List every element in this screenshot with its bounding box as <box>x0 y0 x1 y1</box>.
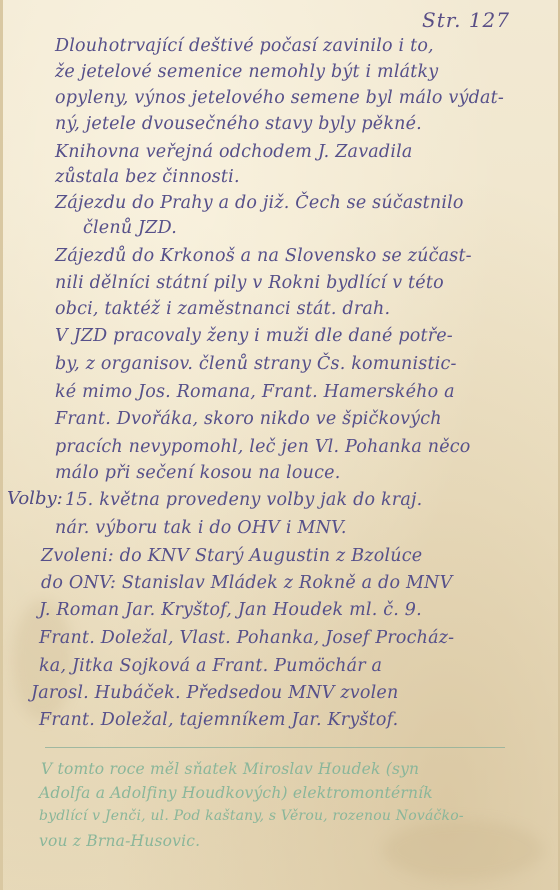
paper-stain <box>383 820 543 880</box>
addendum-line: vou z Brna-Husovic. <box>39 832 200 850</box>
elections-line: J. Roman Jar. Kryštof, Jan Houdek ml. č.… <box>39 600 422 620</box>
body-line: opyleny, výnos jetelového semene byl mál… <box>55 88 504 108</box>
section-divider <box>45 747 505 748</box>
body-line: ké mimo Jos. Romana, Frant. Hamerského a <box>55 382 455 402</box>
elections-line: Zvoleni: do KNV Starý Augustin z Bzolúce <box>41 546 422 566</box>
body-line: Zájezdů do Krkonoš a na Slovensko se zúč… <box>55 246 472 266</box>
addendum-line: Adolfa a Adolfiny Houdkových) elektromon… <box>39 784 433 802</box>
addendum-line: V tomto roce měl sňatek Miroslav Houdek … <box>41 760 419 778</box>
body-line: málo při sečení kosou na louce. <box>55 463 340 483</box>
body-line: Knihovna veřejná odchodem J. Zavadila <box>55 142 413 162</box>
elections-line: Frant. Doležal, tajemníkem Jar. Kryštof. <box>39 710 398 730</box>
page-number: Str. 127 <box>422 8 510 32</box>
elections-line: Frant. Doležal, Vlast. Pohanka, Josef Pr… <box>39 628 454 648</box>
elections-line: do ONV: Stanislav Mládek z Rokně a do MN… <box>41 573 452 593</box>
body-line: nili dělníci státní pily v Rokni bydlící… <box>55 273 444 293</box>
body-line: zůstala bez činnosti. <box>55 167 240 187</box>
body-line: Frant. Dvořáka, skoro nikdo ve špičkovýc… <box>55 409 442 429</box>
body-line: by, z organisov. členů strany Čs. komuni… <box>55 354 457 374</box>
body-line: Dlouhotrvající deštivé počasí zavinilo i… <box>55 36 434 56</box>
body-line: Zájezdu do Prahy a do již. Čech se súčas… <box>55 193 464 213</box>
manuscript-page: Str. 127 Dlouhotrvající deštivé počasí z… <box>0 0 560 890</box>
body-line: členů JZD. <box>83 218 177 238</box>
elections-line: ka, Jitka Sojková a Frant. Pumöchár a <box>39 656 382 676</box>
elections-line: nár. výboru tak i do OHV i MNV. <box>55 518 347 538</box>
body-line: že jetelové semenice nemohly být i mlátk… <box>55 62 438 82</box>
body-line: ný, jetele dvousečného stavy byly pěkné. <box>55 114 422 134</box>
elections-margin-label: Volby: <box>7 488 63 509</box>
elections-line: Jarosl. Hubáček. Předsedou MNV zvolen <box>31 683 398 703</box>
elections-line: 15. května provedeny volby jak do kraj. <box>65 490 422 510</box>
body-line: pracích nevypomohl, leč jen Vl. Pohanka … <box>55 437 471 457</box>
body-line: V JZD pracovaly ženy i muži dle dané pot… <box>55 326 453 346</box>
body-line: obci, taktéž i zaměstnanci stát. drah. <box>55 299 390 319</box>
addendum-line: bydlící v Jenči, ul. Pod kaštany, s Věro… <box>39 808 464 824</box>
